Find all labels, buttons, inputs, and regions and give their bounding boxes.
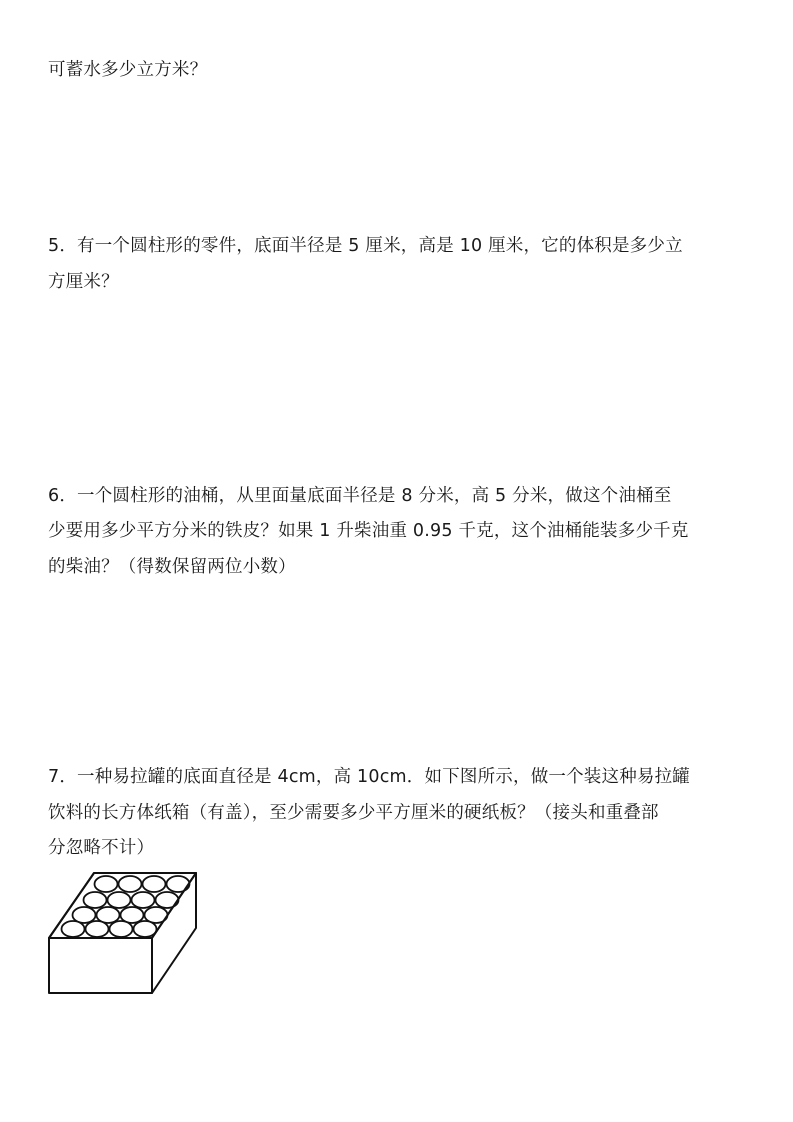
question-5-line-2: 方厘米？ (48, 270, 119, 294)
question-6-line-2: 少要用多少平方分米的铁皮？如果 1 升柴油重 0.95 千克，这个油桶能装多少千… (48, 519, 689, 543)
continuation-text: 可蓄水多少立方米？ (48, 58, 207, 82)
can-box-figure (44, 868, 204, 1004)
question-5-line-1: 5．有一个圆柱形的零件，底面半径是 5 厘米，高是 10 厘米，它的体积是多少立 (48, 234, 683, 258)
question-6-line-3: 的柴油？（得数保留两位小数） (48, 555, 296, 579)
question-7-line-3: 分忽略不计） (48, 836, 154, 860)
can-box-diagram (44, 868, 204, 1000)
question-7-line-2: 饮料的长方体纸箱（有盖），至少需要多少平方厘米的硬纸板？（接头和重叠部 (48, 801, 659, 825)
question-7-line-1: 7．一种易拉罐的底面直径是 4cm，高 10cm．如下图所示，做一个装这种易拉罐 (48, 765, 690, 789)
question-6-line-1: 6．一个圆柱形的油桶，从里面量底面半径是 8 分米，高 5 分米，做这个油桶至 (48, 484, 671, 508)
